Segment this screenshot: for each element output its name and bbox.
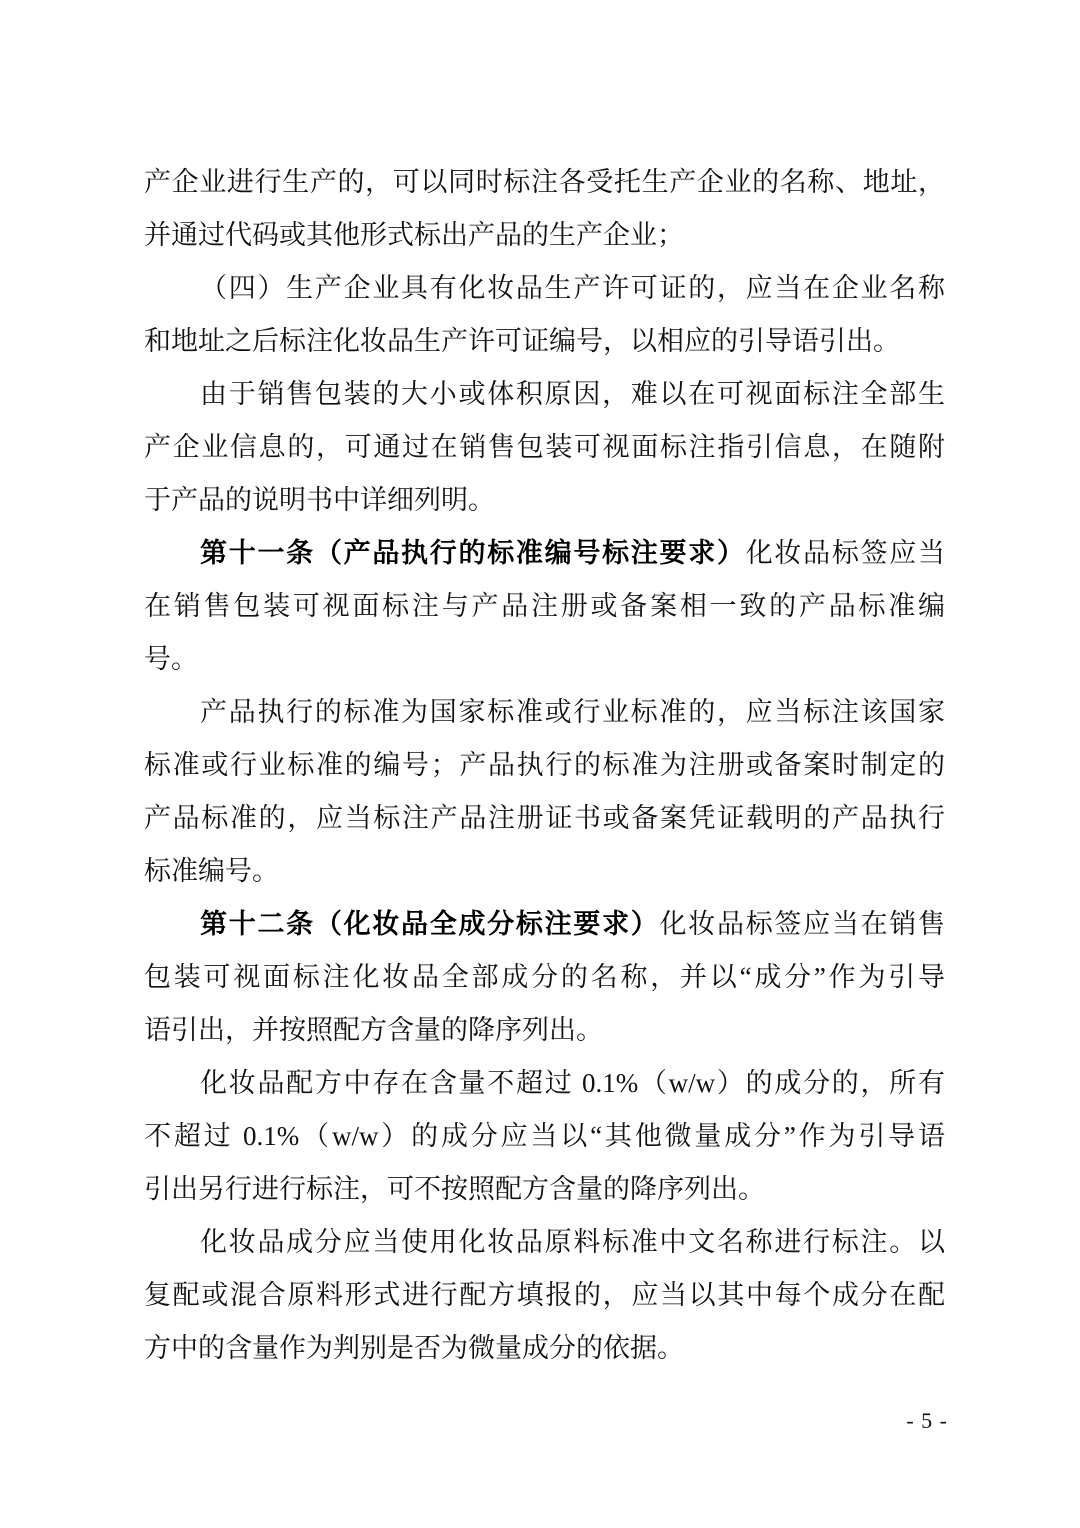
text-line: 产企业进行生产的，可以同时标注各受托生产企业的名称、地址， — [144, 156, 945, 209]
body-text: 化妆品标签应当 — [746, 538, 945, 568]
body-text: 产企业进行生产的，可以同时标注各受托生产企业的名称、地址， — [144, 167, 945, 197]
text-line: 和地址之后标注化妆品生产许可证编号，以相应的引导语引出。 — [144, 315, 945, 368]
body-text: 引出另行进行标注，可不按照配方含量的降序列出。 — [144, 1174, 765, 1204]
body-text: 产品标准的，应当标注产品注册证书或备案凭证载明的产品执行 — [144, 803, 945, 833]
body-text: （四）生产企业具有化妆品生产许可证的，应当在企业名称 — [200, 273, 945, 303]
text-line: 引出另行进行标注，可不按照配方含量的降序列出。 — [144, 1163, 945, 1216]
body-text: 于产品的说明书中详细列明。 — [144, 485, 495, 515]
page-number: - 5 - — [0, 1408, 1080, 1434]
body-text: 化妆品标签应当在销售 — [660, 909, 945, 939]
text-line: 不超过 0.1%（w/w）的成分应当以“其他微量成分”作为引导语 — [144, 1110, 945, 1163]
text-line: 于产品的说明书中详细列明。 — [144, 474, 945, 527]
text-line: 由于销售包装的大小或体积原因，难以在可视面标注全部生 — [144, 368, 945, 421]
text-line: （四）生产企业具有化妆品生产许可证的，应当在企业名称 — [144, 262, 945, 315]
body-text: 不超过 0.1%（w/w）的成分应当以“其他微量成分”作为引导语 — [144, 1121, 945, 1151]
text-line: 标准编号。 — [144, 845, 945, 898]
article-heading-text: 第十一条（产品执行的标准编号标注要求） — [200, 538, 746, 568]
text-line: 语引出，并按照配方含量的降序列出。 — [144, 1004, 945, 1057]
text-line: 标准或行业标准的编号；产品执行的标准为注册或备案时制定的 — [144, 739, 945, 792]
body-text: 标准或行业标准的编号；产品执行的标准为注册或备案时制定的 — [144, 750, 945, 780]
body-text: 标准编号。 — [144, 856, 279, 886]
text-line: 在销售包装可视面标注与产品注册或备案相一致的产品标准编 — [144, 580, 945, 633]
document-page: 产企业进行生产的，可以同时标注各受托生产企业的名称、地址，并通过代码或其他形式标… — [0, 0, 1080, 1528]
text-line: 产企业信息的，可通过在销售包装可视面标注指引信息，在随附 — [144, 421, 945, 474]
text-line: 号。 — [144, 633, 945, 686]
body-text: 方中的含量作为判别是否为微量成分的依据。 — [144, 1333, 684, 1363]
text-line: 第十二条（化妆品全成分标注要求）化妆品标签应当在销售 — [144, 898, 945, 951]
text-line: 复配或混合原料形式进行配方填报的，应当以其中每个成分在配 — [144, 1269, 945, 1322]
body-text: 产品执行的标准为国家标准或行业标准的，应当标注该国家 — [200, 697, 945, 727]
text-line: 方中的含量作为判别是否为微量成分的依据。 — [144, 1322, 945, 1375]
body-text: 号。 — [144, 644, 198, 674]
text-line: 产品标准的，应当标注产品注册证书或备案凭证载明的产品执行 — [144, 792, 945, 845]
body-text: 复配或混合原料形式进行配方填报的，应当以其中每个成分在配 — [144, 1280, 945, 1310]
body-text: 并通过代码或其他形式标出产品的生产企业； — [144, 220, 684, 250]
text-line: 包装可视面标注化妆品全部成分的名称，并以“成分”作为引导 — [144, 951, 945, 1004]
text-line: 并通过代码或其他形式标出产品的生产企业； — [144, 209, 945, 262]
body-text: 化妆品配方中存在含量不超过 0.1%（w/w）的成分的，所有 — [200, 1068, 945, 1098]
text-line: 化妆品成分应当使用化妆品原料标准中文名称进行标注。以 — [144, 1216, 945, 1269]
article-heading-text: 第十二条（化妆品全成分标注要求） — [200, 909, 660, 939]
text-line: 第十一条（产品执行的标准编号标注要求）化妆品标签应当 — [144, 527, 945, 580]
text-line: 化妆品配方中存在含量不超过 0.1%（w/w）的成分的，所有 — [144, 1057, 945, 1110]
body-text: 语引出，并按照配方含量的降序列出。 — [144, 1015, 603, 1045]
text-line: 产品执行的标准为国家标准或行业标准的，应当标注该国家 — [144, 686, 945, 739]
body-text: 化妆品成分应当使用化妆品原料标准中文名称进行标注。以 — [200, 1227, 945, 1257]
body-text: 产企业信息的，可通过在销售包装可视面标注指引信息，在随附 — [144, 432, 945, 462]
body-text: 在销售包装可视面标注与产品注册或备案相一致的产品标准编 — [144, 591, 945, 621]
body-text: 包装可视面标注化妆品全部成分的名称，并以“成分”作为引导 — [144, 962, 945, 992]
document-text: 产企业进行生产的，可以同时标注各受托生产企业的名称、地址，并通过代码或其他形式标… — [144, 156, 945, 1375]
body-text: 由于销售包装的大小或体积原因，难以在可视面标注全部生 — [200, 379, 945, 409]
body-text: 和地址之后标注化妆品生产许可证编号，以相应的引导语引出。 — [144, 326, 900, 356]
